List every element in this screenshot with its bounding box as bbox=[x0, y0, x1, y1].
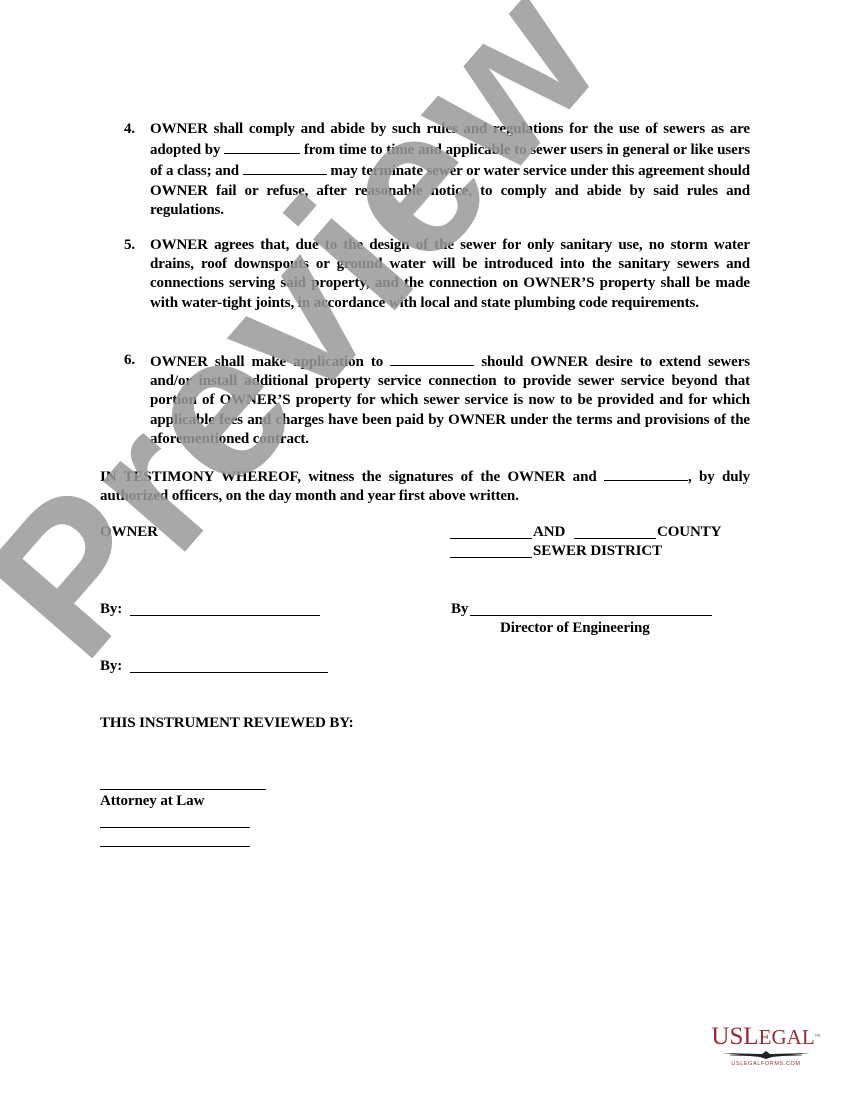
signature-line-owner-1[interactable] bbox=[130, 615, 320, 616]
clause-4: 4. OWNER shall comply and abide by such … bbox=[124, 120, 750, 220]
clause-6: 6. OWNER shall make application to shoul… bbox=[124, 351, 750, 449]
preview-watermark: Preview bbox=[0, 0, 634, 690]
by-label-owner-2: By: bbox=[100, 657, 122, 676]
uslegal-logo: USLEGAL™ USLEGALFORMS.COM bbox=[706, 1024, 826, 1067]
county-label: COUNTY bbox=[657, 523, 721, 542]
blank-field bbox=[450, 538, 532, 539]
eagle-wings-icon bbox=[720, 1050, 812, 1060]
clause-number: 4. bbox=[124, 120, 135, 139]
district-and-label: AND bbox=[533, 523, 565, 542]
signature-line-district[interactable] bbox=[470, 615, 712, 616]
blank-field bbox=[224, 139, 300, 154]
blank-field bbox=[390, 351, 474, 366]
clause-body: OWNER shall make application to should O… bbox=[150, 351, 750, 449]
by-label-owner-1: By: bbox=[100, 600, 122, 619]
clause-number: 5. bbox=[124, 236, 135, 255]
clause-body: OWNER agrees that, due to the design of … bbox=[150, 236, 750, 313]
logo-wordmark: USLEGAL™ bbox=[706, 1024, 826, 1050]
blank-line bbox=[100, 827, 250, 828]
document-page: 4. OWNER shall comply and abide by such … bbox=[0, 0, 850, 1100]
logo-url: USLEGALFORMS.COM bbox=[706, 1061, 826, 1067]
blank-field bbox=[243, 160, 327, 175]
signature-line-owner-2[interactable] bbox=[130, 672, 328, 673]
blank-line bbox=[100, 846, 250, 847]
sewer-district-label: SEWER DISTRICT bbox=[533, 542, 662, 561]
owner-label: OWNER bbox=[100, 523, 158, 542]
testimony-paragraph: IN TESTIMONY WHEREOF, witness the signat… bbox=[100, 466, 750, 506]
blank-field bbox=[574, 538, 656, 539]
blank-field bbox=[450, 557, 532, 558]
clause-number: 6. bbox=[124, 351, 135, 370]
blank-field bbox=[604, 466, 688, 481]
clause-body: OWNER shall comply and abide by such rul… bbox=[150, 120, 750, 220]
by-label-district: By bbox=[451, 600, 468, 619]
clause-5: 5. OWNER agrees that, due to the design … bbox=[124, 236, 750, 313]
signature-line-attorney[interactable] bbox=[100, 789, 266, 790]
review-heading: THIS INSTRUMENT REVIEWED BY: bbox=[100, 714, 354, 733]
attorney-label: Attorney at Law bbox=[100, 792, 204, 811]
director-title: Director of Engineering bbox=[500, 619, 650, 638]
